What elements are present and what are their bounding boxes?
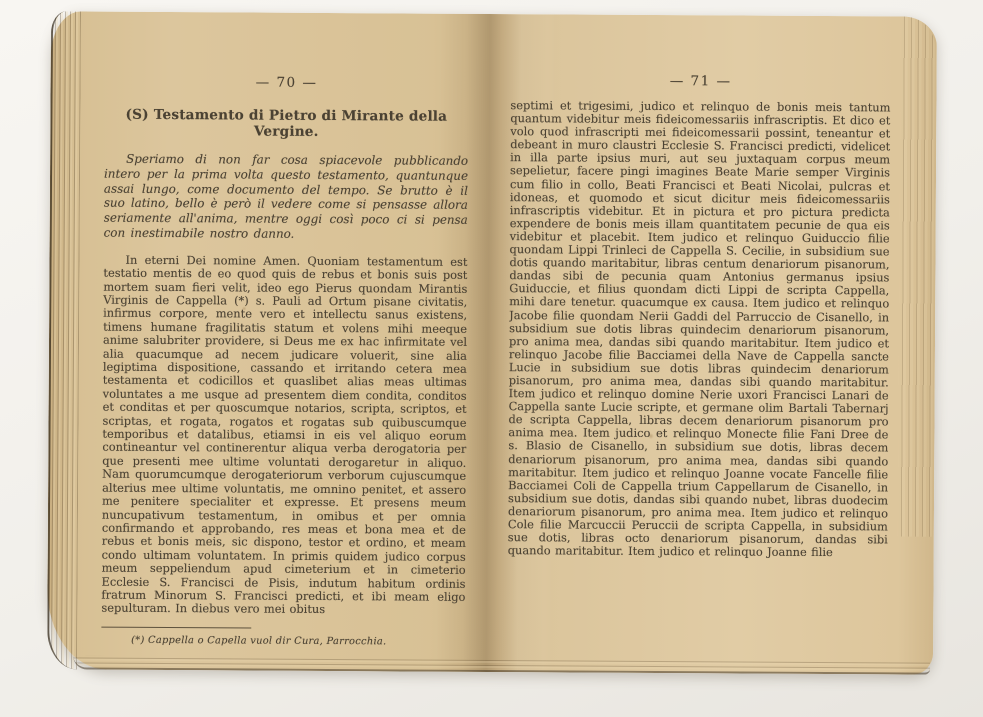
scan-background: — 70 — (S) Testamento di Pietro di Miran… (0, 0, 983, 717)
right-page-number: — 71 — (511, 72, 891, 90)
footnote-rule (101, 626, 251, 628)
page-edges-left (47, 11, 81, 669)
left-page-number: — 70 — (105, 74, 469, 92)
left-page-body: In eterni Dei nomine Amen. Quoniam testa… (101, 253, 467, 617)
left-page: — 70 — (S) Testamento di Pietro di Miran… (101, 74, 469, 654)
editor-note: Speriamo di non far cosa spiacevole pubb… (104, 152, 469, 243)
right-page-body: septimi et trigesimi, judico et relinquo… (508, 99, 891, 560)
right-page: — 71 — septimi et trigesimi, judico et r… (507, 72, 891, 664)
section-title: (S) Testamento di Pietro di Mirante dell… (104, 107, 468, 141)
page-edges-right (898, 16, 935, 536)
open-book: — 70 — (S) Testamento di Pietro di Miran… (47, 11, 937, 674)
footnote: (*) Cappella o Capella vuol dir Cura, Pa… (131, 635, 465, 648)
